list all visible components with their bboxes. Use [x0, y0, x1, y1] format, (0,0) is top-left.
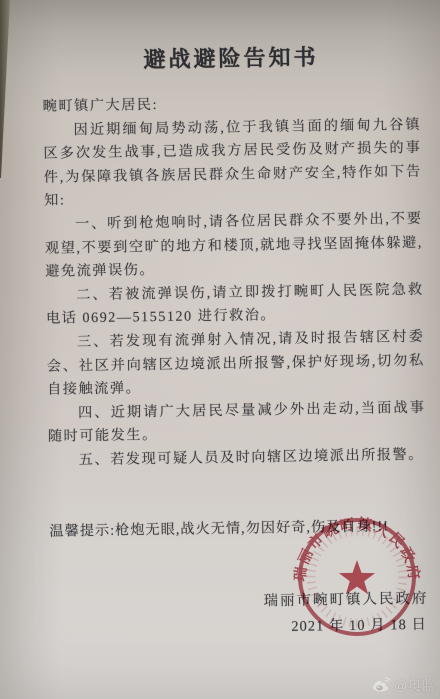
weibo-watermark: @奥监: [372, 675, 435, 694]
weibo-icon: [372, 677, 391, 693]
notice-item-5: 五、若发现可疑人员及时向辖区边境派出所报警。: [48, 444, 426, 474]
notice-paragraph: 因近期缅甸局势动荡,位于我镇当面的缅甸九谷镇区多次发生战事,已造成我方居民受伤及…: [43, 113, 422, 213]
document-title: 避战避险告知书: [42, 39, 420, 76]
notice-item-4: 四、近期请广大居民尽量减少外出走动,当面战事随时可能发生。: [47, 397, 426, 450]
notice-item-2: 二、若被流弹误伤,请立即拨打畹町人民医院急救电话 0692—5155120 进行…: [46, 279, 425, 332]
watermark-handle: @奥监: [394, 675, 435, 694]
seal-star-icon: [339, 560, 375, 594]
notice-item-1: 一、听到枪炮响时,请各位居民群众不要外出,不要观望,不要到空旷的地方和楼顶,就地…: [44, 208, 423, 285]
notice-body: 畹町镇广大居民: 因近期缅甸局势动荡,位于我镇当面的缅甸九谷镇区多次发生战事,已…: [43, 90, 428, 544]
photographed-notice: 避战避险告知书 畹町镇广大居民: 因近期缅甸局势动荡,位于我镇当面的缅甸九谷镇区…: [0, 0, 440, 699]
notice-item-3: 三、若发现有流弹射入情况,请及时报告辖区村委会、社区并向辖区边境派出所报警,保护…: [46, 326, 425, 403]
official-seal: 瑞丽市畹町镇人民政府: [291, 511, 423, 643]
